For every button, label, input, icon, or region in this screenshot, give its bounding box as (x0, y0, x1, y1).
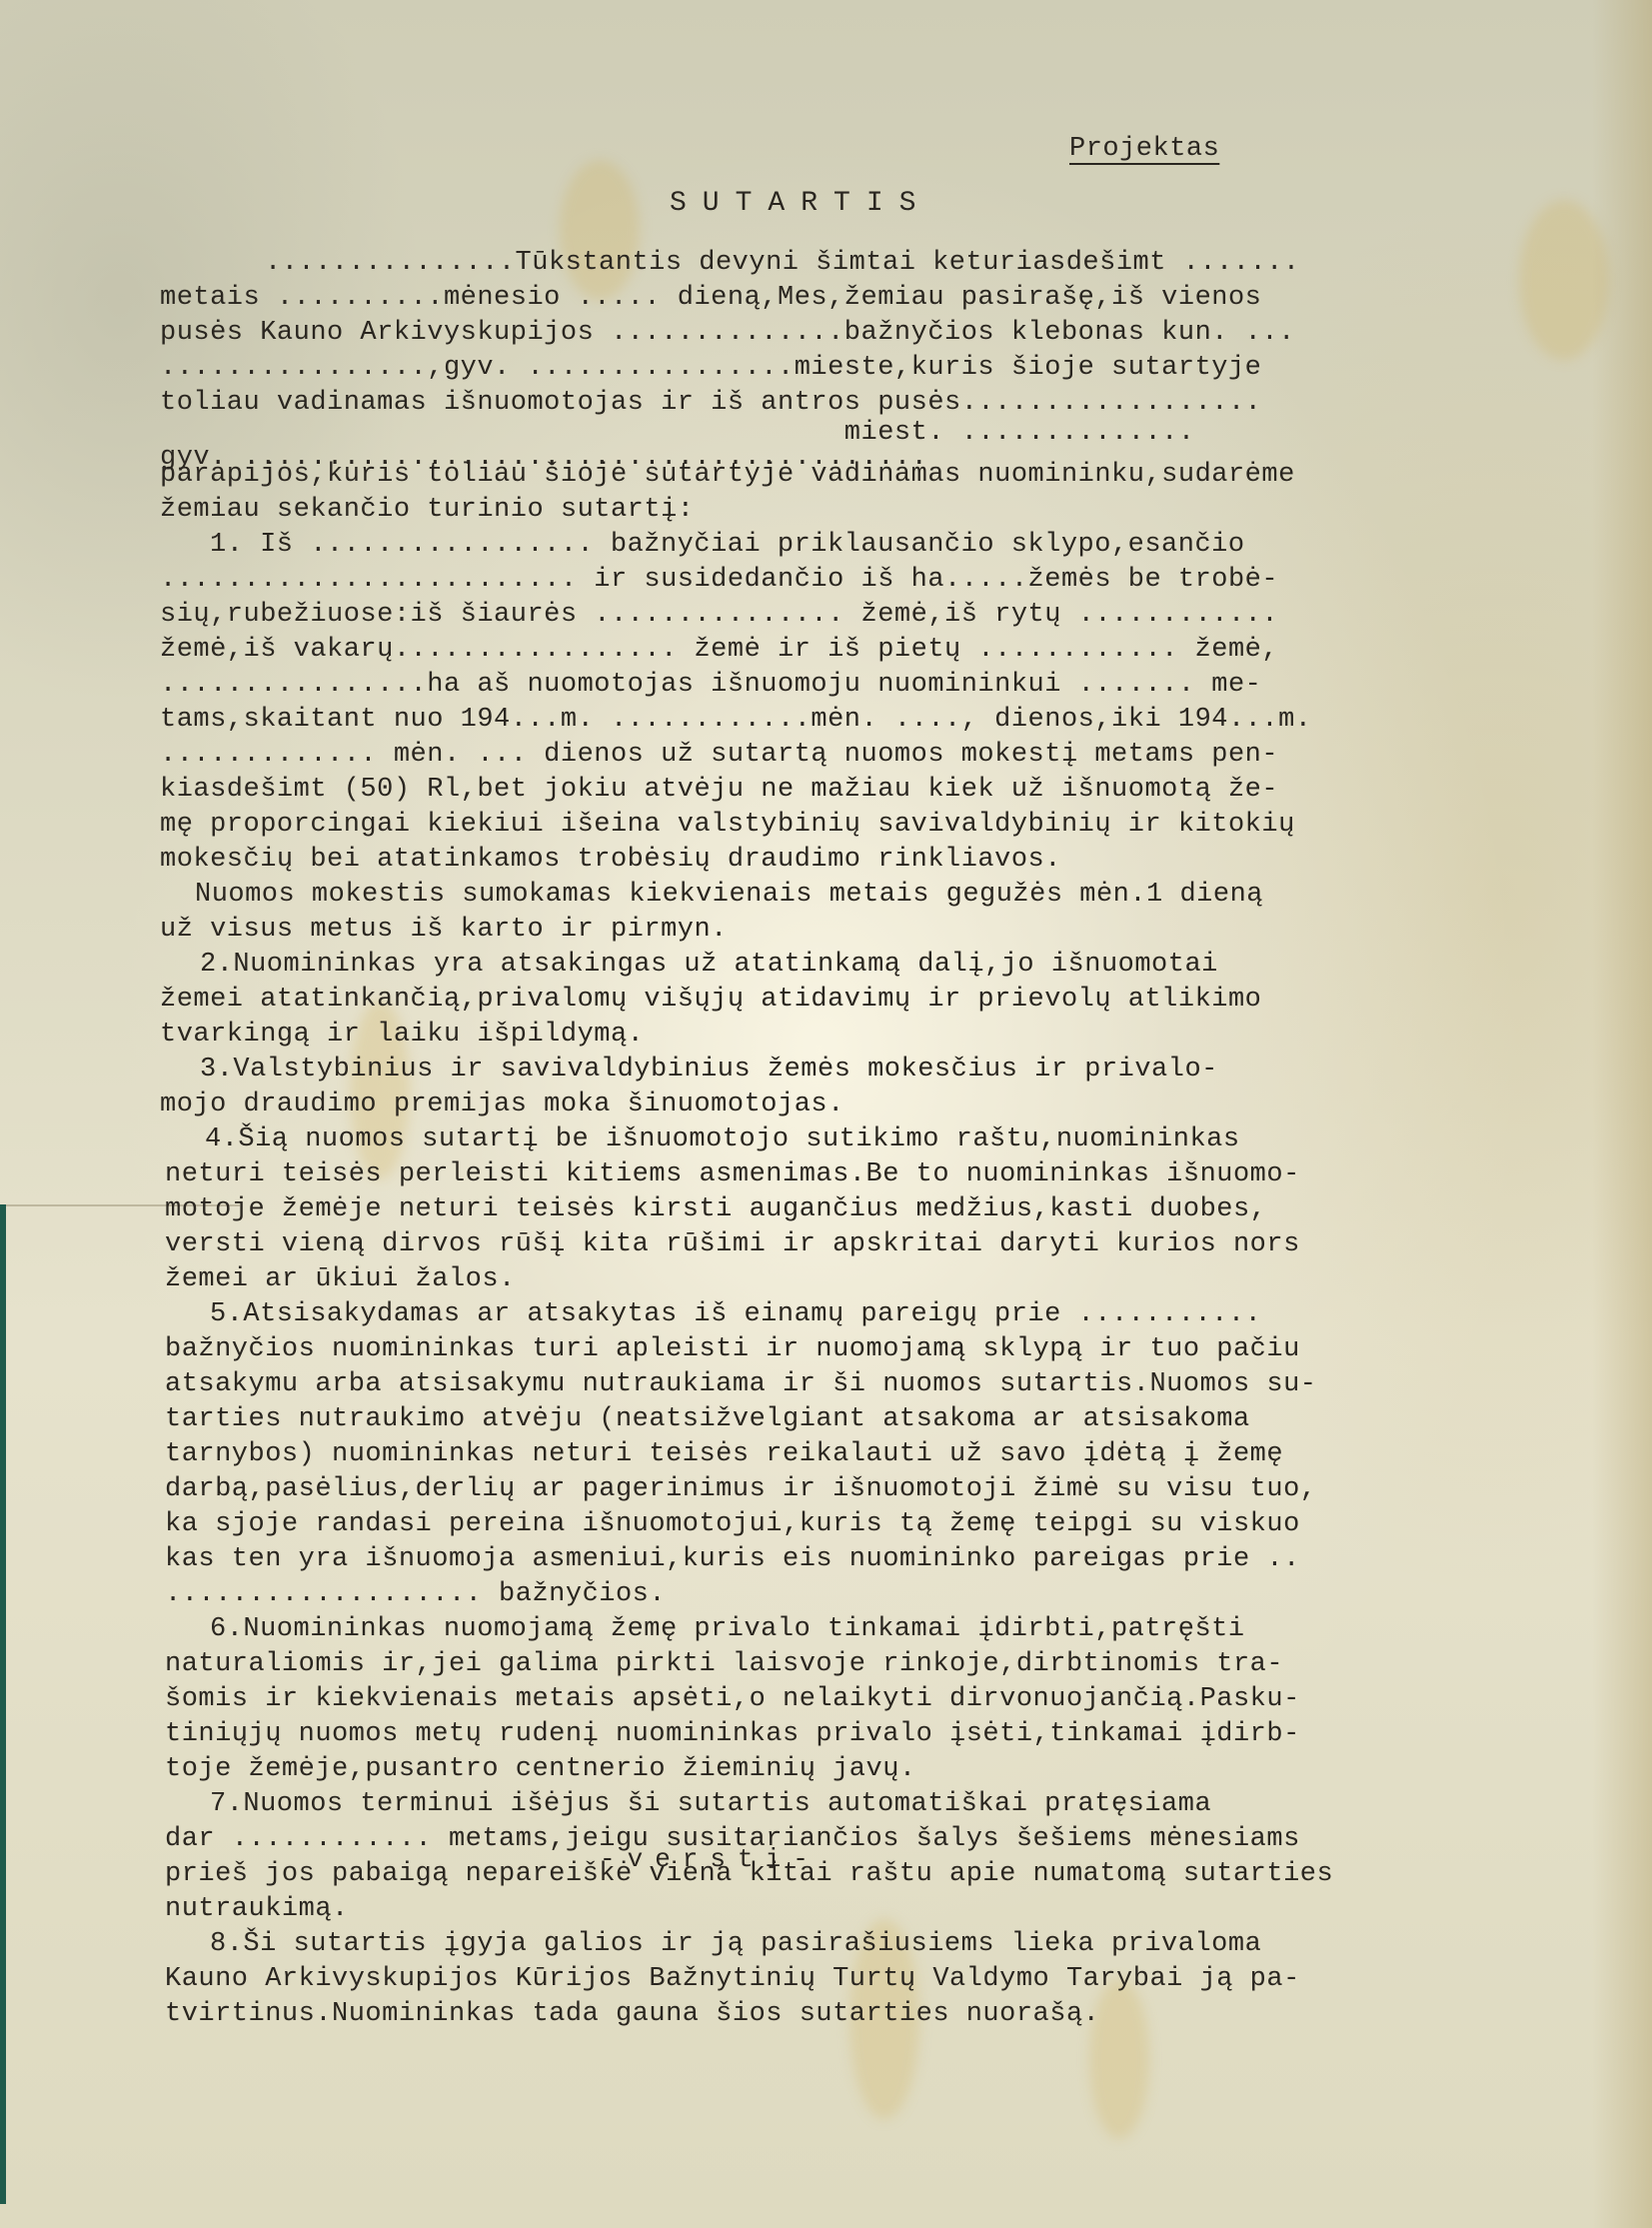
document-title: SUTARTIS (670, 188, 931, 219)
document-line: parapijos,kuris toliau šioje sutartyje v… (160, 460, 1295, 490)
document-line: ka sjoje randasi pereina išnuomotojui,ku… (165, 1509, 1300, 1539)
document-line: metais ..........mėnesio ..... dieną,Mes… (160, 283, 1261, 313)
document-line: tiniųjų nuomos metų rudenį nuomininkas p… (165, 1719, 1300, 1749)
document-line: kiasdešimt (50) Rl,bet jokiu atvėju ne m… (160, 775, 1278, 805)
document-line: tvirtinus.Nuomininkas tada gauna šios su… (165, 1999, 1099, 2029)
document-line: neturi teisės perleisti kitiems asmenima… (165, 1159, 1300, 1189)
document-line: žemė,iš vakarų................. žemė ir … (160, 635, 1278, 665)
document-line: šomis ir kiekvienais metais apsėti,o nel… (165, 1684, 1300, 1714)
document-line: ................... bažnyčios. (165, 1579, 666, 1609)
draft-label: Projektas (1069, 134, 1219, 164)
document-line: ................,gyv. ................mi… (160, 353, 1261, 383)
document-line: darbą,pasėlius,derlių ar pagerinimus ir … (165, 1474, 1316, 1504)
document-line: tams,skaitant nuo 194...m. ............m… (160, 705, 1311, 735)
document-line: pusės Kauno Arkivyskupijos .............… (160, 318, 1295, 348)
document-line: atsakymu arba atsisakymu nutraukiama ir … (165, 1369, 1316, 1399)
document-line: 6.Nuomininkas nuomojamą žemę privalo tin… (210, 1614, 1245, 1644)
document-line: 8.Ši sutartis įgyja galios ir ją pasiraš… (210, 1929, 1261, 1959)
document-line: žemiau sekančio turinio sutartį: (160, 495, 694, 525)
document-line: Nuomos mokestis sumokamas kiekvienais me… (195, 880, 1263, 910)
turn-over-note: -versti- (600, 1844, 821, 1874)
document-line: motoje žemėje neturi teisės kirsti augan… (165, 1194, 1266, 1224)
document-line: žemei ar ūkiui žalos. (165, 1264, 516, 1294)
document-line: už visus metus iš karto ir pirmyn. (160, 915, 728, 945)
document-line: 2.Nuomininkas yra atsakingas už atatinka… (200, 950, 1218, 980)
document-line: toliau vadinamas išnuomotojas ir iš antr… (160, 388, 1261, 418)
document-line: ......................... ir susidedanči… (160, 565, 1278, 595)
document-line: 1. Iš ................. bažnyčiai prikla… (210, 530, 1245, 560)
document-line: ...............Tūkstantis devyni šimtai … (265, 248, 1300, 278)
document-line: tarties nutraukimo atvėju (neatsižvelgia… (165, 1404, 1250, 1434)
document-line: žemei atatinkančią,privalomų višųjų atid… (160, 985, 1261, 1015)
stain (560, 160, 640, 300)
document-line: Kauno Arkivyskupijos Kūrijos Bažnytinių … (165, 1964, 1300, 1994)
document-line: 7.Nuomos terminui išėjus ši sutartis aut… (210, 1789, 1211, 1819)
document-line: 5.Atsisakydamas ar atsakytas iš einamų p… (210, 1299, 1261, 1329)
document-line: toje žemėje,pusantro centnerio žieminių … (165, 1754, 916, 1784)
document-line: 4.Šią nuomos sutartį be išnuomotojo suti… (205, 1124, 1240, 1154)
document-line: naturaliomis ir,jei galima pirkti laisvo… (165, 1649, 1283, 1679)
document-line: mojo draudimo premijas moka šinuomotojas… (160, 1090, 844, 1119)
document-line: mę proporcingai kiekiui išeina valstybin… (160, 810, 1295, 840)
document-line: 3.Valstybinius ir savivaldybinius žemės … (200, 1055, 1218, 1085)
paper-edge-shadow (1592, 0, 1652, 2228)
document-line: kas ten yra išnuomoja asmeniui,kuris eis… (165, 1544, 1300, 1574)
document-line: ................ha aš nuomotojas išnuomo… (160, 670, 1261, 700)
document-line: sių,rubežiuose:iš šiaurės ..............… (160, 600, 1278, 630)
background-surface (0, 1204, 6, 2204)
document-line: tvarkingą ir laiku išpildymą. (160, 1020, 644, 1050)
document-line: versti vieną dirvos rūšį kita rūšimi ir … (165, 1229, 1300, 1259)
document-line: tarnybos) nuomininkas neturi teisės reik… (165, 1439, 1283, 1469)
document-line: mokesčių bei atatinkamos trobėsių draudi… (160, 845, 1061, 875)
document-line: ............. mėn. ... dienos už sutartą… (160, 740, 1278, 770)
document-line: bažnyčios nuomininkas turi apleisti ir n… (165, 1334, 1300, 1364)
document-line: nutraukimą. (165, 1894, 349, 1924)
